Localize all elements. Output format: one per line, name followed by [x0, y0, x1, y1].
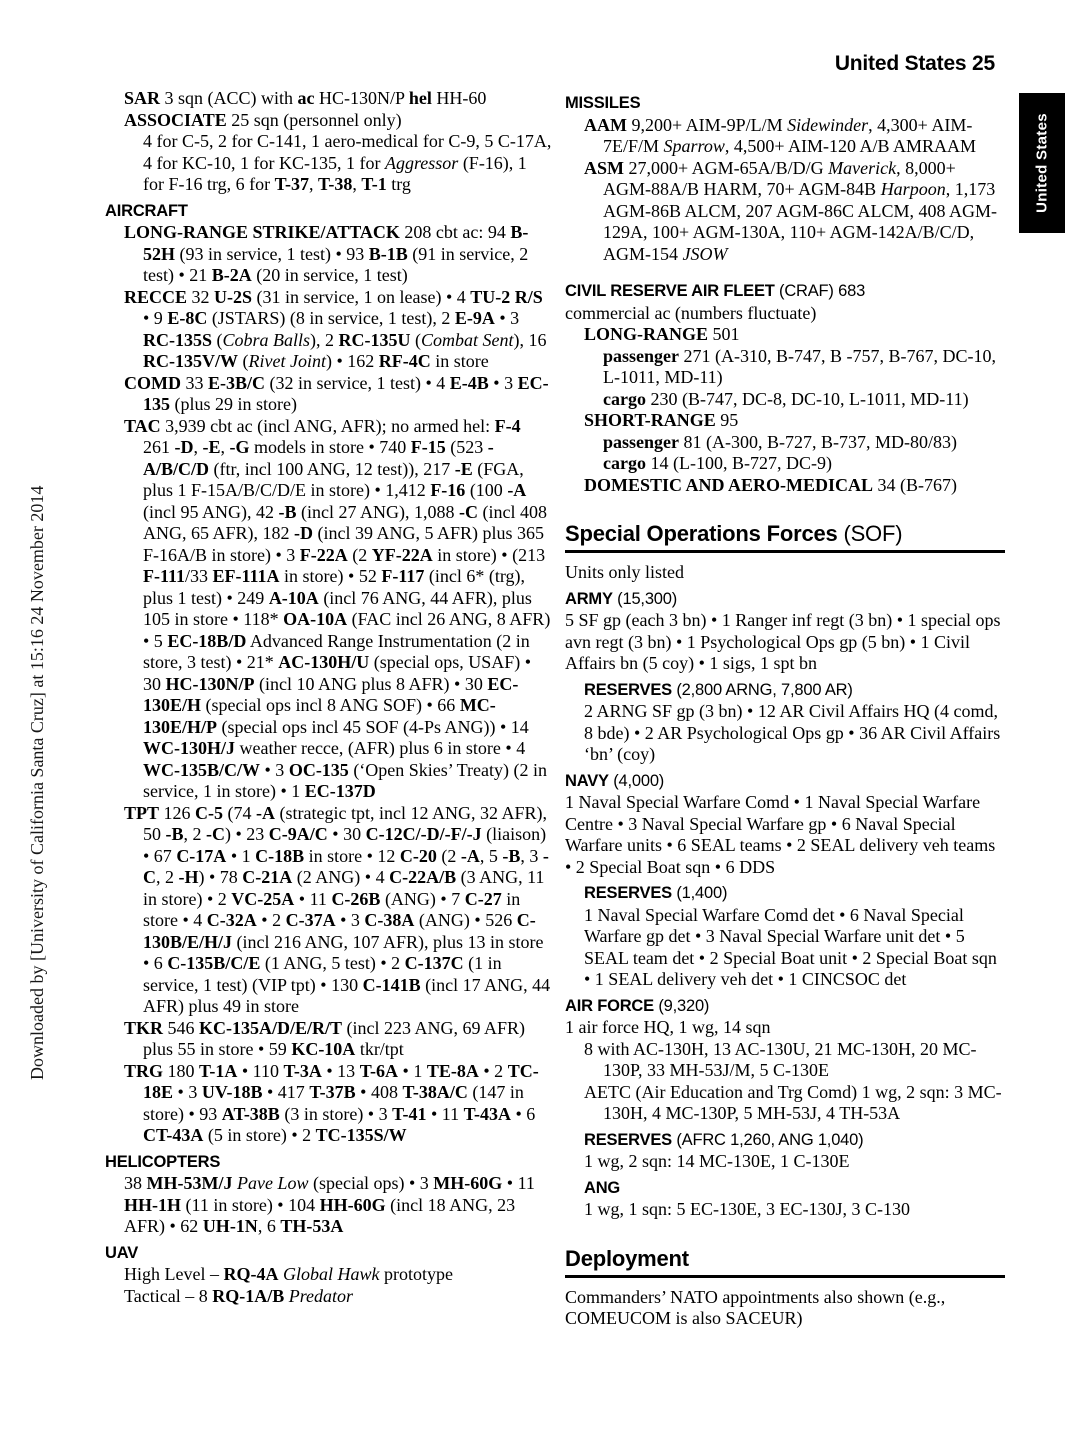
side-tab: United States	[1019, 93, 1065, 233]
text-paragraph: 38 MH-53M/J Pave Low (special ops) • 3 M…	[105, 1173, 552, 1238]
section-heading: ANG	[565, 1178, 1005, 1200]
download-watermark: Downloaded by [University of California …	[27, 378, 48, 1080]
text-paragraph: Commanders’ NATO appointments also shown…	[565, 1287, 1005, 1330]
text-paragraph: 1 wg, 1 sqn: 5 EC-130E, 3 EC-130J, 3 C-1…	[565, 1199, 1005, 1221]
text-paragraph: SAR 3 sqn (ACC) with ac HC-130N/P hel HH…	[105, 88, 552, 110]
text-paragraph: commercial ac (numbers fluctuate)	[565, 303, 1005, 325]
page-header: United States 25	[835, 52, 995, 76]
text-paragraph: 1 Naval Special Warfare Comd det • 6 Nav…	[565, 905, 1005, 991]
section-heading: HELICOPTERS	[105, 1152, 552, 1174]
section-heading: RESERVES (1,400)	[565, 883, 1005, 905]
text-paragraph: 1 wg, 2 sqn: 14 MC-130E, 1 C-130E	[565, 1151, 1005, 1173]
text-paragraph: LONG-RANGE STRIKE/ATTACK 208 cbt ac: 94 …	[105, 222, 552, 287]
section-title: Special Operations Forces (SOF)	[565, 521, 1005, 553]
text-paragraph: 1 air force HQ, 1 wg, 14 sqn	[565, 1017, 1005, 1039]
text-paragraph: TKR 546 KC-135A/D/E/R/T (incl 223 ANG, 6…	[105, 1018, 552, 1061]
text-paragraph: 2 ARNG SF gp (3 bn) • 12 AR Civil Affair…	[565, 701, 1005, 766]
text-paragraph: AAM 9,200+ AIM-9P/L/M Sidewinder, 4,300+…	[565, 115, 1005, 158]
text-paragraph: LONG-RANGE 501	[565, 324, 1005, 346]
text-paragraph: COMD 33 E-3B/C (32 in service, 1 test) •…	[105, 373, 552, 416]
text-paragraph: 1 Naval Special Warfare Comd • 1 Naval S…	[565, 792, 1005, 878]
left-column: SAR 3 sqn (ACC) with ac HC-130N/P hel HH…	[105, 88, 552, 1307]
section-heading: CIVIL RESERVE AIR FLEET (CRAF) 683	[565, 281, 1005, 303]
text-paragraph: ASSOCIATE 25 sqn (personnel only)	[105, 110, 552, 132]
right-column: MISSILESAAM 9,200+ AIM-9P/L/M Sidewinder…	[565, 88, 1005, 1330]
section-heading: MISSILES	[565, 93, 1005, 115]
text-paragraph: TPT 126 C-5 (74 -A (strategic tpt, incl …	[105, 803, 552, 1018]
text-paragraph: AETC (Air Education and Trg Comd) 1 wg, …	[565, 1082, 1005, 1125]
section-heading: AIRCRAFT	[105, 201, 552, 223]
text-paragraph: SHORT-RANGE 95	[565, 410, 1005, 432]
section-title: Deployment	[565, 1246, 1005, 1278]
text-paragraph: TRG 180 T-1A • 110 T-3A • 13 T-6A • 1 TE…	[105, 1061, 552, 1147]
text-paragraph: cargo 14 (L-100, B-727, DC-9)	[565, 453, 1005, 475]
section-heading: AIR FORCE (9,320)	[565, 996, 1005, 1018]
text-paragraph: passenger 81 (A-300, B-727, B-737, MD-80…	[565, 432, 1005, 454]
section-heading: NAVY (4,000)	[565, 771, 1005, 793]
text-paragraph: Units only listed	[565, 562, 1005, 584]
side-tab-label: United States	[1034, 113, 1051, 213]
text-paragraph: High Level – RQ-4A Global Hawk prototype	[105, 1264, 552, 1286]
text-paragraph: DOMESTIC AND AERO-MEDICAL 34 (B-767)	[565, 475, 1005, 497]
text-paragraph: 4 for C-5, 2 for C-141, 1 aero-medical f…	[105, 131, 552, 196]
text-paragraph: ASM 27,000+ AGM-65A/B/D/G Maverick, 8,00…	[565, 158, 1005, 266]
text-paragraph: TAC 3,939 cbt ac (incl ANG, AFR); no arm…	[105, 416, 552, 803]
section-heading: RESERVES (2,800 ARNG, 7,800 AR)	[565, 680, 1005, 702]
section-heading: UAV	[105, 1243, 552, 1265]
section-heading: ARMY (15,300)	[565, 589, 1005, 611]
text-paragraph: 8 with AC-130H, 13 AC-130U, 21 MC-130H, …	[565, 1039, 1005, 1082]
text-paragraph: passenger 271 (A-310, B-747, B -757, B-7…	[565, 346, 1005, 389]
text-paragraph: 5 SF gp (each 3 bn) • 1 Ranger inf regt …	[565, 610, 1005, 675]
scanned-page: United States 25 United States Downloade…	[0, 0, 1081, 1444]
text-paragraph: cargo 230 (B-747, DC-8, DC-10, L-1011, M…	[565, 389, 1005, 411]
text-paragraph: Tactical – 8 RQ-1A/B Predator	[105, 1286, 552, 1308]
text-paragraph: RECCE 32 U-2S (31 in service, 1 on lease…	[105, 287, 552, 373]
section-heading: RESERVES (AFRC 1,260, ANG 1,040)	[565, 1130, 1005, 1152]
